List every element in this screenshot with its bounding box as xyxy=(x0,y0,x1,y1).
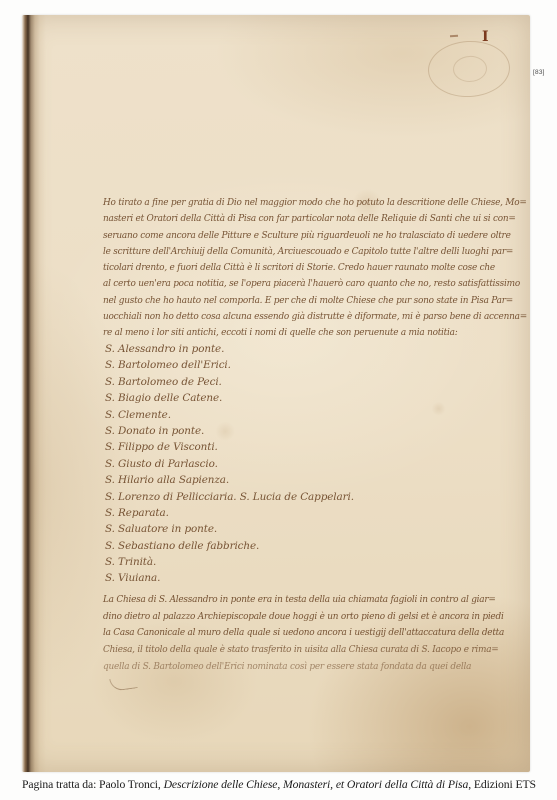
church-list-item: S. Biagio delle Catene. xyxy=(105,392,354,408)
margin-page-number: [83] xyxy=(533,69,545,76)
church-list-item: S. Filippo de Visconti. xyxy=(105,441,354,457)
caption-prefix: Pagina tratta da: Paolo Tronci, xyxy=(22,778,164,791)
church-list-item: S. Trinità. xyxy=(105,556,354,572)
caption: Pagina tratta da: Paolo Tronci, Descrizi… xyxy=(22,778,552,791)
manuscript-line: dino dietro al palazzo Archiepiscopale d… xyxy=(103,611,504,628)
manuscript-line: uocchiali non ho detto cosa alcuna essen… xyxy=(103,311,527,327)
manuscript-line: quella di S. Bartolomeo dell'Erici nomin… xyxy=(103,661,504,678)
caption-book-title: Descrizione delle Chiese, Monasteri, et … xyxy=(164,778,469,791)
manuscript-line: ticolari drento, e fuori della Città è l… xyxy=(103,262,527,278)
pen-flourish-mark xyxy=(109,675,138,692)
church-list-item: S. Reparata. xyxy=(105,507,354,523)
church-list-item: S. Clemente. xyxy=(105,409,354,425)
manuscript-line: nasteri et Oratori della Città di Pisa c… xyxy=(103,213,527,229)
manuscript-line: re al meno i lor siti antichi, eccoti i … xyxy=(103,327,527,343)
church-list-item: S. Giusto di Parlascio. xyxy=(105,458,354,474)
pen-dash-mark xyxy=(450,35,458,38)
library-stamp xyxy=(427,39,512,99)
church-list-item: S. Donato in ponte. xyxy=(105,425,354,441)
manuscript-line: la Casa Canonicale al muro della quale s… xyxy=(103,627,504,644)
church-list-item: S. Bartolomeo de Peci. xyxy=(105,376,354,392)
church-list-item: S. Bartolomeo dell'Erici. xyxy=(105,359,354,375)
manuscript-page-scan: I Ho tirato a fine per gratia di Dio nel… xyxy=(22,15,530,772)
manuscript-line: nel gusto che ho hauto nel comporla. E p… xyxy=(103,295,527,311)
manuscript-line: Ho tirato a fine per gratia di Dio nel m… xyxy=(103,197,527,213)
opening-paragraph: Ho tirato a fine per gratia di Dio nel m… xyxy=(103,197,527,344)
manuscript-line: La Chiesa di S. Alessandro in ponte era … xyxy=(103,594,504,611)
church-list: S. Alessandro in ponte. S. Bartolomeo de… xyxy=(105,343,354,589)
church-list-item: S. Lorenzo di Pellicciaria. S. Lucia de … xyxy=(105,491,354,507)
church-list-item: S. Viuiana. xyxy=(105,572,354,588)
church-list-item: S. Saluatore in ponte. xyxy=(105,523,354,539)
library-stamp-inner xyxy=(452,55,487,83)
closing-paragraph: La Chiesa di S. Alessandro in ponte era … xyxy=(103,594,504,677)
manuscript-line: seruano come ancora delle Pitture e Scul… xyxy=(103,230,527,246)
caption-suffix: , Edizioni ETS xyxy=(468,778,536,791)
church-list-item: S. Alessandro in ponte. xyxy=(105,343,354,359)
manuscript-line: Chiesa, il titolo della quale è stato tr… xyxy=(103,644,504,661)
church-list-item: S. Hilario alla Sapienza. xyxy=(105,474,354,490)
manuscript-line: al certo uen'era poca notitia, se l'oper… xyxy=(103,278,527,294)
book-gutter-shadow xyxy=(22,15,46,772)
manuscript-line: le scritture dell'Archiuij della Comunit… xyxy=(103,246,527,262)
church-list-item: S. Sebastiano delle fabbriche. xyxy=(105,540,354,556)
